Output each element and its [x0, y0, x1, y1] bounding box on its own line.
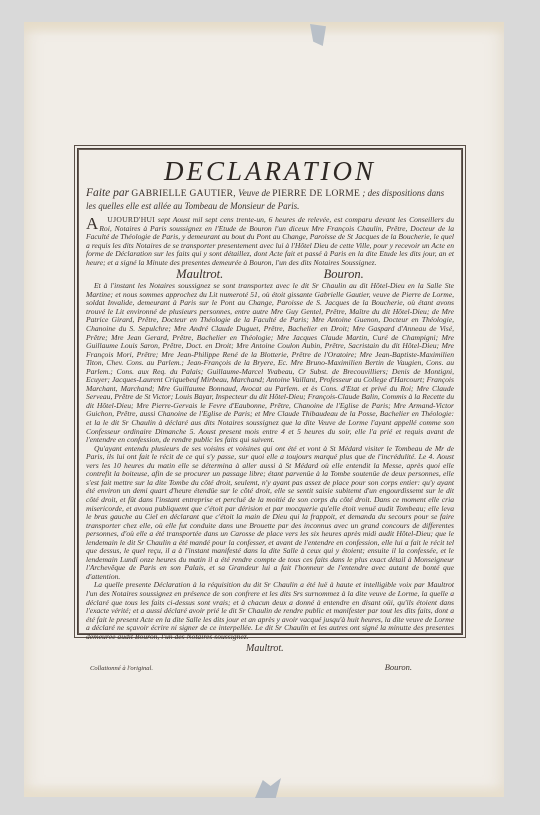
husband-name: PIERRE DE LORME	[272, 189, 360, 199]
opening-text: sept Aoust mil sept cens trente-un, 6 he…	[86, 215, 454, 267]
paragraph-witnesses: Et à l'instant les Notaires soussignez s…	[86, 282, 454, 444]
document-body: AUJOURD'HUI sept Aoust mil sept cens tre…	[86, 216, 454, 267]
final-signature-maultrot: Maultrot.	[86, 643, 454, 654]
opening-paragraph: AUJOURD'HUI sept Aoust mil sept cens tre…	[86, 216, 454, 267]
document-frame: DECLARATION Faite par GABRIELLE GAUTIER,…	[74, 145, 466, 638]
signature-bouron: Bouron.	[324, 268, 364, 281]
document-content: DECLARATION Faite par GABRIELLE GAUTIER,…	[78, 149, 462, 634]
subtitle-relation: Veuve de	[238, 188, 270, 198]
signature-maultrot: Maultrot.	[176, 268, 223, 281]
document-body-main: Et à l'instant les Notaires soussignez s…	[86, 282, 454, 641]
footer-signature-bouron: Bouron.	[385, 662, 412, 672]
declarant-name: GABRIELLE GAUTIER,	[131, 189, 236, 199]
subtitle-prefix: Faite par	[86, 187, 129, 199]
drop-cap: A	[78, 216, 98, 231]
collation-note: Collationné à l'original.	[90, 665, 153, 672]
notary-signatures: Maultrot. Bouron.	[126, 268, 414, 281]
document-footer: Collationné à l'original. Bouron.	[86, 662, 454, 672]
paragraph-account: Qu'ayant entendu plusieurs de ses voisin…	[86, 445, 454, 582]
document-title: DECLARATION	[86, 156, 454, 186]
document-subtitle: Faite par GABRIELLE GAUTIER, Veuve de PI…	[86, 187, 454, 212]
paragraph-conclusion: La quelle presente Déclaration à la réqu…	[86, 581, 454, 641]
